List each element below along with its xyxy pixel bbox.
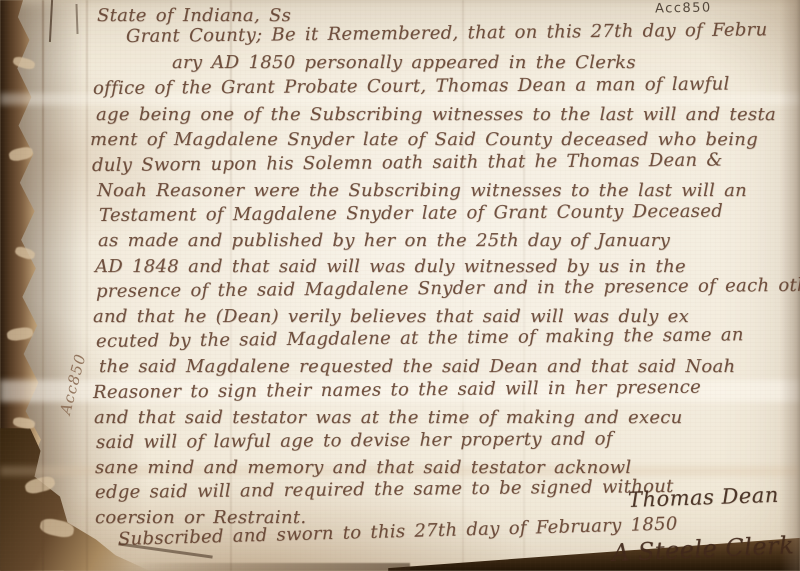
accession-label-top-right: Acc850 [655, 1, 712, 17]
handwritten-line: sane mind and memory and that said testa… [95, 458, 631, 479]
handwritten-line: ment of Magdalene Snyder late of Said Co… [90, 130, 758, 151]
handwritten-line: ecuted by the said Magdalene at the time… [96, 325, 744, 352]
handwritten-line: ary AD 1850 personally appeared in the C… [172, 53, 636, 74]
handwritten-line: the said Magdalene requested the said De… [99, 357, 735, 378]
handwritten-line: AD 1848 and that said will was duly witn… [95, 257, 686, 278]
vertical-crease [42, 0, 44, 571]
handwritten-line: age being one of the Subscribing witness… [96, 105, 776, 126]
witness-signature: Thomas Dean [628, 484, 780, 512]
handwritten-line: as made and published by her on the 25th… [98, 231, 670, 252]
handwritten-line: Noah Reasoner were the Subscribing witne… [97, 181, 747, 202]
handwritten-line: Testament of Magdalene Snyder late of Gr… [99, 202, 723, 227]
handwritten-line: Grant County; Be it Remembered, that on … [126, 20, 768, 47]
handwritten-line: said will of lawful age to devise her pr… [96, 429, 613, 453]
handwritten-line: office of the Grant Probate Court, Thoma… [93, 75, 730, 100]
vertical-crease [86, 0, 88, 571]
bottom-edge-strip [130, 563, 410, 571]
scanned-document-page: Acc850 Acc850 State of Indiana, Ss Grant… [0, 0, 800, 571]
handwritten-line: presence of the said Magdalene Snyder an… [96, 276, 800, 303]
handwritten-line: and that said testator was at the time o… [94, 408, 683, 429]
handwritten-line: and that he (Dean) verily believes that … [93, 307, 689, 328]
handwritten-line: edge said will and required the same to … [95, 477, 674, 504]
handwritten-line: duly Sworn upon his Solemn oath saith th… [92, 150, 723, 176]
